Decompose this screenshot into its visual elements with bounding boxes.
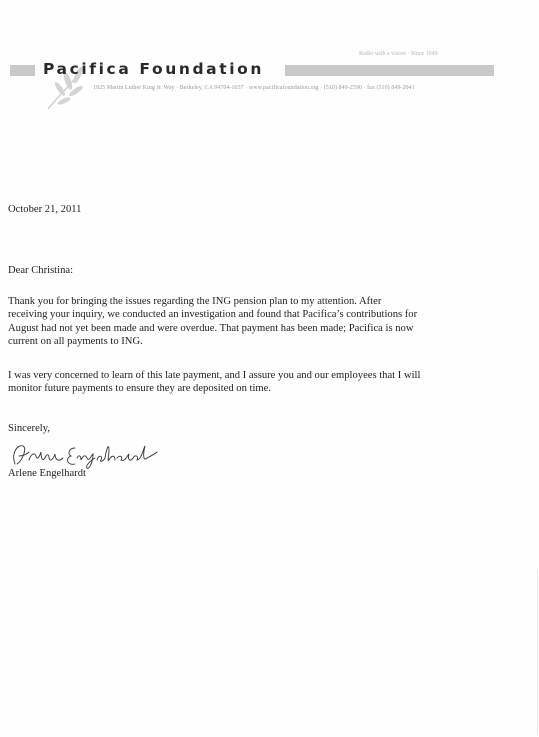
signature-icon [9, 440, 159, 470]
letter-date: October 21, 2011 [8, 203, 81, 216]
paragraph-line: Thank you for bringing the issues regard… [8, 295, 417, 308]
body-paragraph-2: I was very concerned to learn of this la… [8, 369, 420, 396]
organization-address: 1925 Martin Luther King Jr. Way · Berkel… [93, 85, 415, 91]
organization-name: Pacifica Foundation [43, 60, 264, 78]
body-paragraph-1: Thank you for bringing the issues regard… [8, 295, 417, 349]
organization-slogan: Radio with a vision · Since 1949 [359, 51, 438, 57]
paragraph-line: I was very concerned to learn of this la… [8, 369, 420, 382]
paragraph-line: receiving your inquiry, we conducted an … [8, 308, 417, 321]
signer-name: Arlene Engelhardt [8, 467, 86, 480]
letter-page: Pacifica Foundation Radio with a vision … [0, 0, 539, 737]
paragraph-line: current on all payments to ING. [8, 335, 417, 348]
closing: Sincerely, [8, 422, 50, 435]
paragraph-line: monitor future payments to ensure they a… [8, 382, 420, 395]
letterhead-bar-left [10, 65, 35, 76]
paragraph-line: August had not yet been made and were ov… [8, 322, 417, 335]
salutation: Dear Christina: [8, 264, 73, 277]
letterhead-bar-right [285, 65, 494, 76]
scan-edge-artifact [537, 570, 538, 735]
